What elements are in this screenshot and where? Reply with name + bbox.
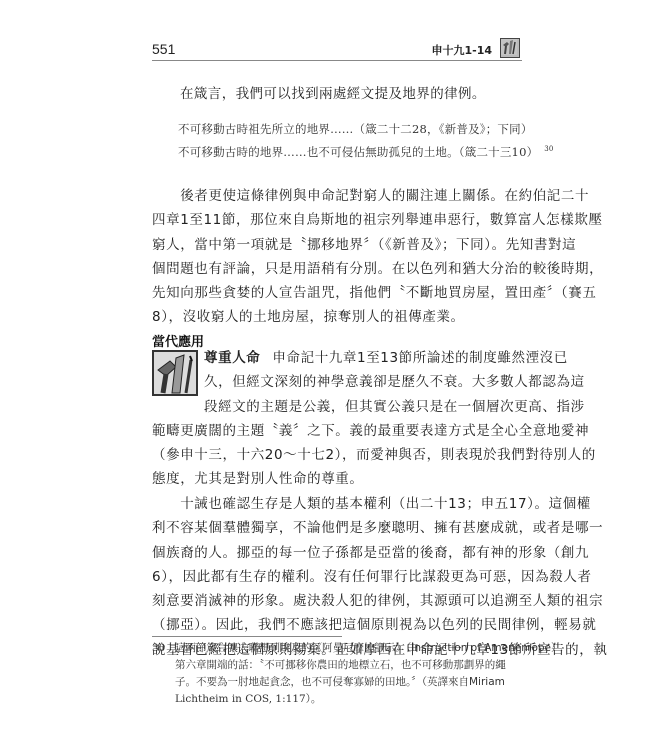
paragraph-line: 態度，尤其是對別人性命的尊重。 bbox=[152, 467, 524, 491]
book-page: 551 申十九1-14 在箴言，我們可以找到兩處經文提及地界的律例。 不可移動古… bbox=[0, 0, 650, 750]
line-text: 申命記十九章1至13節所論述的制度雖然湮沒已 bbox=[272, 350, 567, 366]
paragraph-line: 先知向那些貪婪的人宣告詛咒，指他們〝不斷地買房屋，置田產〞（賽五 bbox=[152, 281, 524, 305]
paragraph-line: 刻意要消滅神的形象。處決殺人犯的律例，其源頭可以追溯至人類的祖宗 bbox=[152, 589, 524, 613]
paragraph-line: 尊重人命申命記十九章1至13節所論述的制度雖然湮沒已 bbox=[204, 346, 524, 370]
page-number: 551 bbox=[152, 41, 175, 57]
intro-sentence: 在箴言，我們可以找到兩處經文提及地界的律例。 bbox=[180, 82, 486, 102]
footnote-ref: 30 bbox=[544, 145, 553, 153]
subheading-lead: 尊重人命 bbox=[204, 350, 260, 366]
footnote-line: 這兩節箴言讓人聯想到埃及的《阿曼尼摩比訓示》（Instruction of Am… bbox=[175, 640, 524, 657]
footnote-number: 30 bbox=[152, 640, 165, 657]
paragraph-line: 久，但經文深刻的神學意義卻是歷久不衰。大多數人都認為這 bbox=[204, 370, 524, 394]
paragraph-line: （挪亞）。因此，我們不應該把這個原則視為以色列的民間律例，輕易就 bbox=[152, 613, 524, 637]
paragraph-line: 十誡也確認生存是人類的基本權利（出二十13；申五17）。這個權 bbox=[152, 492, 524, 516]
paragraph-line: 四章1至11節，那位來自烏斯地的祖宗列舉連串惡行，數算富人怎樣欺壓 bbox=[152, 208, 524, 232]
paragraph-2: 尊重人命申命記十九章1至13節所論述的制度雖然湮沒已 久，但經文深刻的神學意義卻… bbox=[152, 346, 524, 492]
paragraph-line: 利不容某個羣體獨享，不論他們是多麼聰明、擁有甚麼成就，或者是哪一 bbox=[152, 516, 524, 540]
footnote: 30 這兩節箴言讓人聯想到埃及的《阿曼尼摩比訓示》（Instruction of… bbox=[152, 640, 524, 708]
paragraph-1: 後者更使這條律例與申命記對窮人的關注連上關係。在約伯記二十 四章1至11節，那位… bbox=[152, 184, 524, 330]
footnote-line: Lichtheim in COS, 1:117）。 bbox=[175, 691, 524, 708]
page-header: 551 申十九1-14 bbox=[152, 38, 522, 61]
footnote-divider bbox=[152, 636, 342, 637]
paragraph-line: 範疇更廣闊的主題〝義〞之下。義的最重要表達方式是全心全意地愛神 bbox=[152, 419, 524, 443]
quote-text: 不可移動古時的地界……也不可侵佔無助孤兒的土地。（箴二十三10） bbox=[178, 145, 538, 159]
paragraph-line: 6），因此都有生存的權利。沒有任何罪行比謀殺更為可惡，因為殺人者 bbox=[152, 565, 524, 589]
paragraph-line: 個問題也有評論，只是用語稍有分別。在以色列和猶大分治的較後時期， bbox=[152, 257, 524, 281]
footnote-body: 這兩節箴言讓人聯想到埃及的《阿曼尼摩比訓示》（Instruction of Am… bbox=[175, 640, 524, 708]
footnote-line: 子。不要為一肘地起貪念，也不可侵奪寡婦的田地。〞（英譯來自Miriam bbox=[175, 674, 524, 691]
paragraph-line: （參申十三，十六20～十七2），而愛神與否，則表現於我們對待別人的 bbox=[152, 443, 524, 467]
paragraph-line: 後者更使這條律例與申命記對窮人的關注連上關係。在約伯記二十 bbox=[152, 184, 524, 208]
footnote-line: 第六章開端的話：〝不可挪移你農田的地標立石，也不可移動那劃界的繩 bbox=[175, 657, 524, 674]
tools-icon bbox=[500, 38, 520, 58]
scripture-quote-1: 不可移動古時祖先所立的地界……（箴二十二28，《新普及》；下同） bbox=[178, 121, 533, 137]
scripture-quote-2: 不可移動古時的地界……也不可侵佔無助孤兒的土地。（箴二十三10）30 bbox=[178, 144, 554, 160]
paragraph-line: 個族裔的人。挪亞的每一位子孫都是亞當的後裔，都有神的形象（創九 bbox=[152, 541, 524, 565]
paragraph-line: 8），沒收窮人的土地房屋，掠奪別人的祖傳產業。 bbox=[152, 305, 524, 329]
paragraph-line: 窮人，當中第一項就是〝挪移地界〞（《新普及》；下同）。先知書對這 bbox=[152, 233, 524, 257]
paragraph-line: 段經文的主題是公義，但其實公義只是在一個層次更高、指涉 bbox=[204, 395, 524, 419]
running-title: 申十九1-14 bbox=[431, 42, 492, 58]
